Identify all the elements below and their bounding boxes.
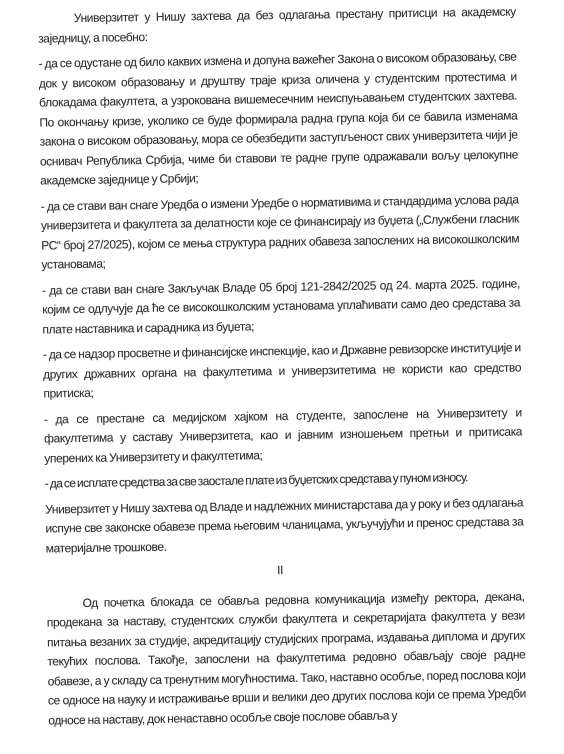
closing-paragraph: Универзитет у Нишу захтева од Владе и на…: [45, 493, 524, 559]
demand-item-3: - да се стави ван снаге Закључак Владе 0…: [42, 274, 521, 340]
demand-item-1: - да се одустане од било каквих измена и…: [38, 47, 518, 191]
intro-paragraph: Универзитет у Нишу захтева да без одлага…: [38, 2, 517, 48]
demand-item-2: - да се стави ван снаге Уредба о измени …: [40, 190, 519, 275]
demand-item-4: - да се надзор просветне и финансијске и…: [43, 338, 522, 404]
demand-item-5: - да се престане са медијском хајком на …: [44, 403, 523, 469]
section-ii-paragraph: Од почетка блокада се обавља редовна ком…: [46, 587, 526, 731]
document-text-block: Универзитет у Нишу захтева да без одлага…: [38, 2, 527, 736]
demand-item-6: - да се исплате средства за све заостале…: [45, 467, 523, 494]
scanned-document-page: Универзитет у Нишу захтева да без одлага…: [0, 0, 564, 754]
section-ii-heading: II: [46, 558, 514, 584]
